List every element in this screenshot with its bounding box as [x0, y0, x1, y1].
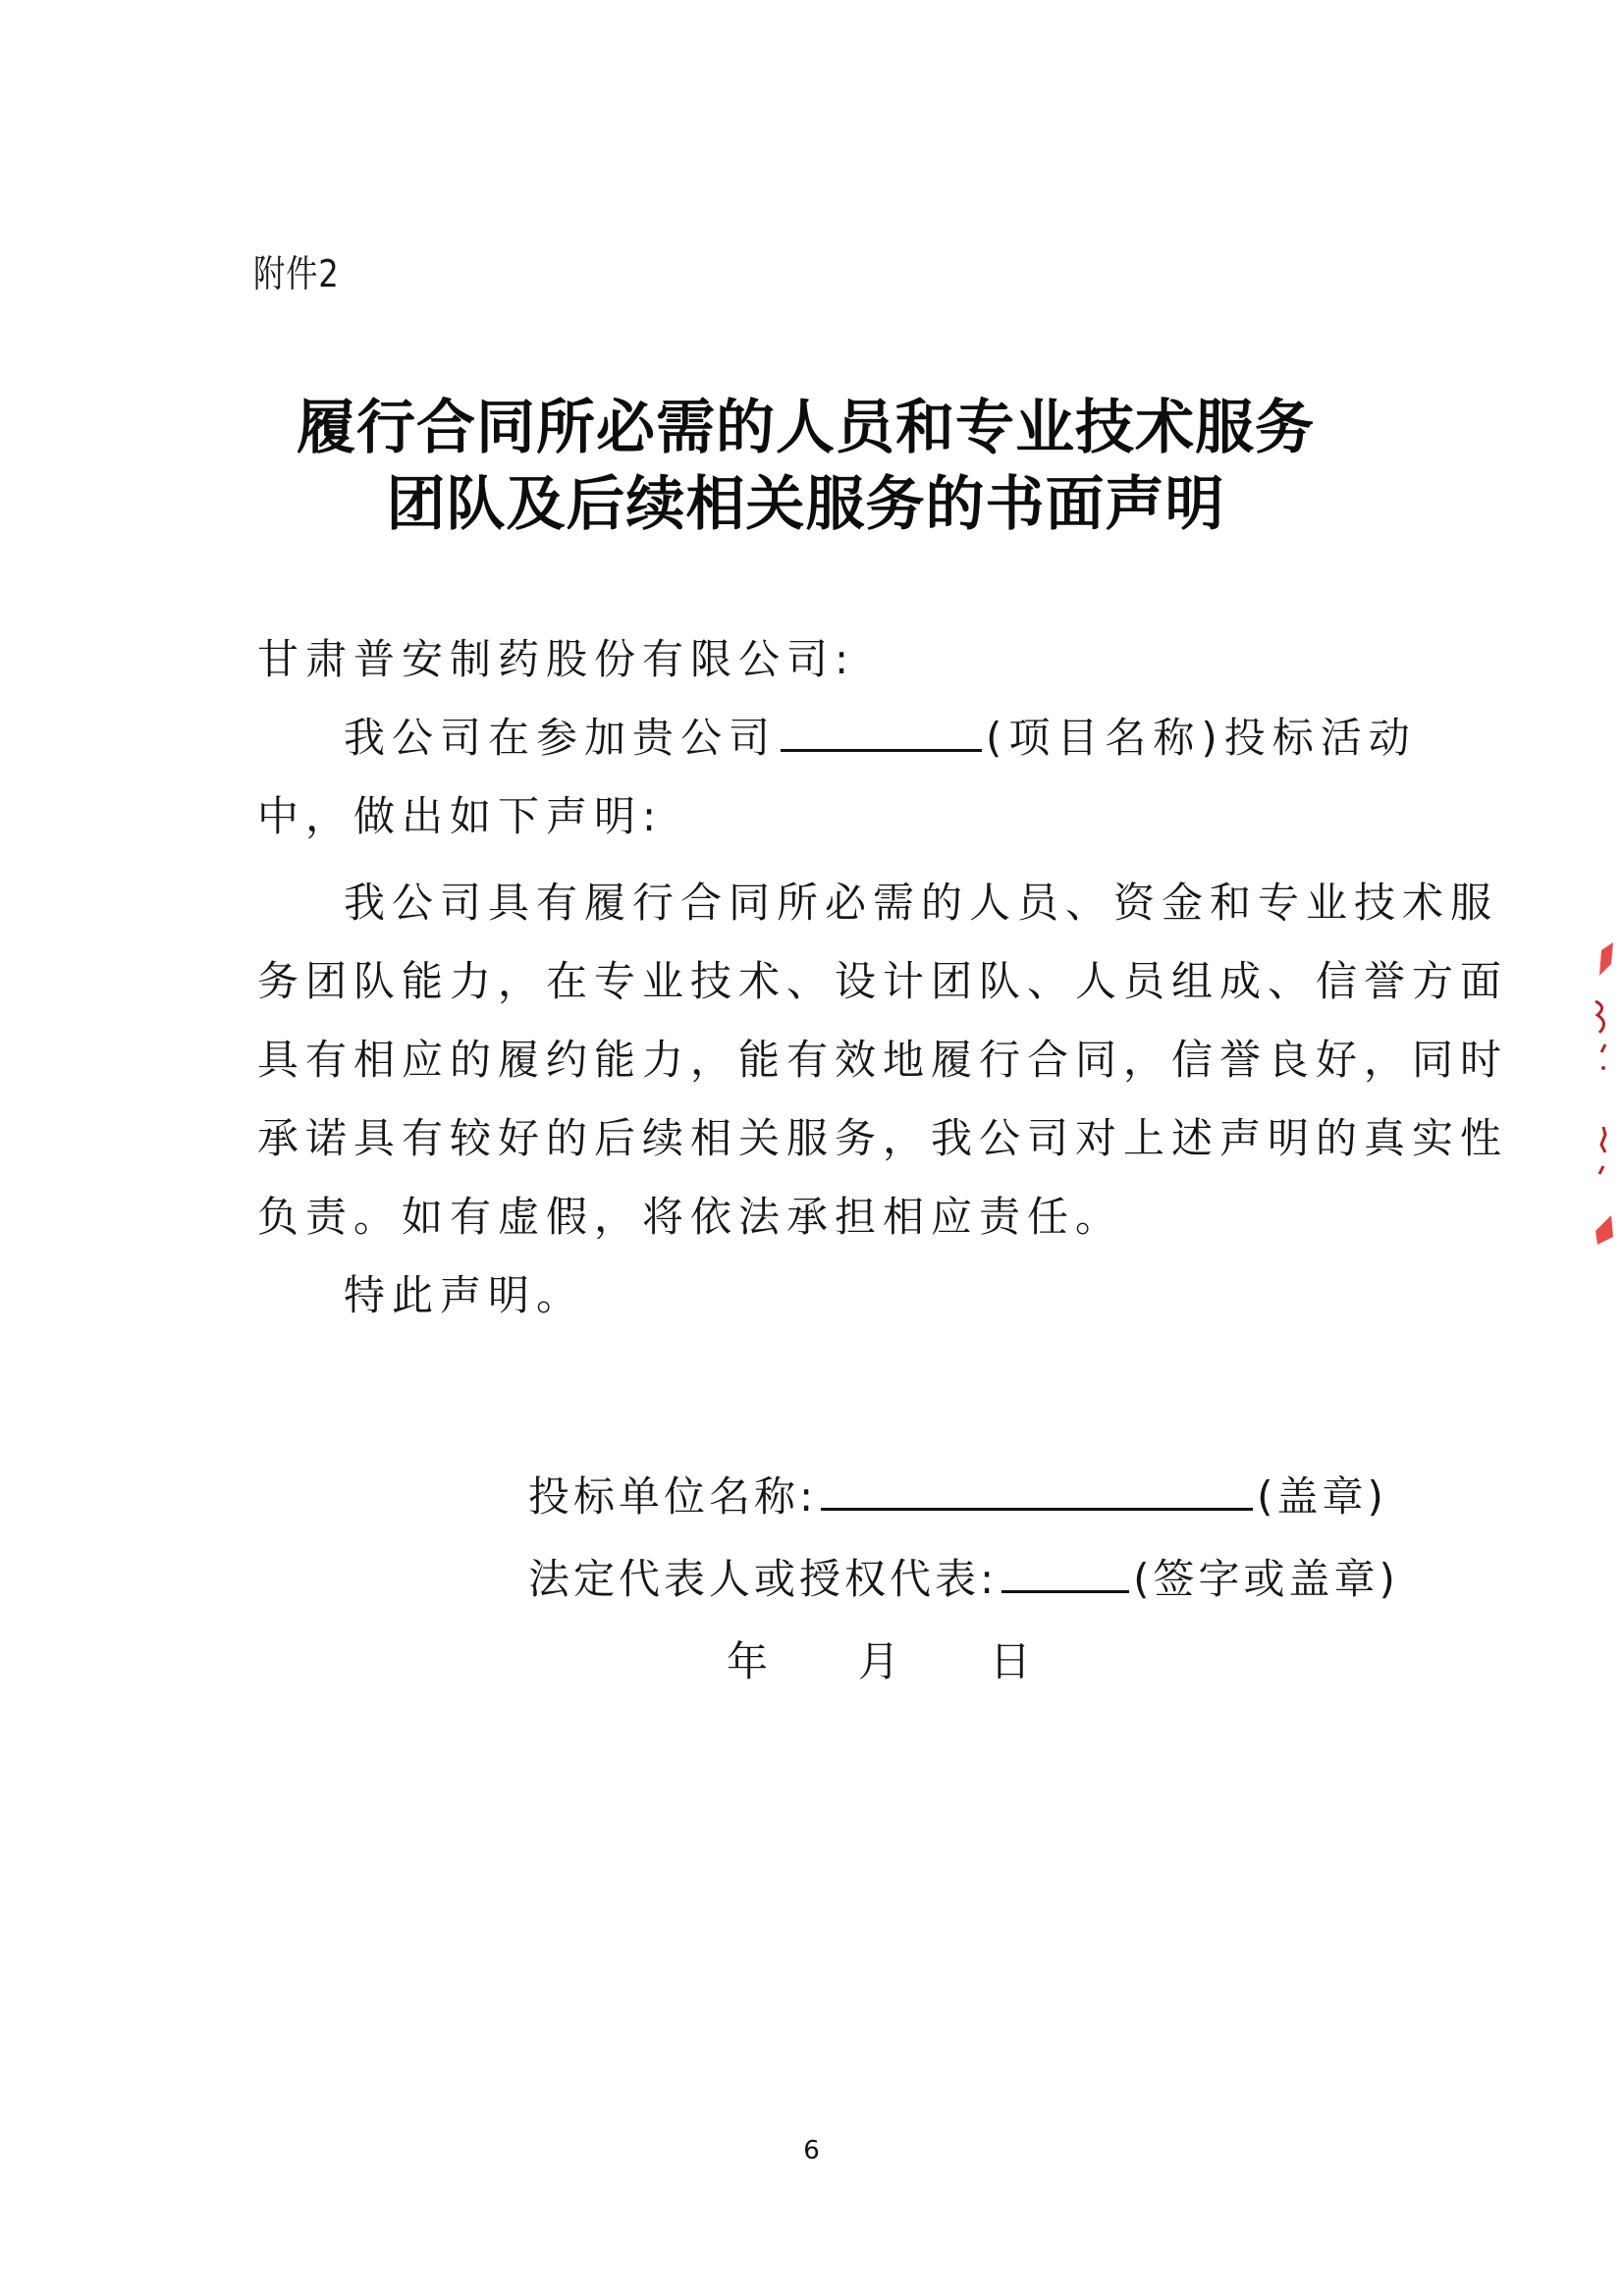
document-page: 附件2 履行合同所必需的人员和专业技术服务 团队及后续相关服务的书面声明 甘肃普… [0, 0, 1623, 2296]
representative-label: 法定代表人或授权代表: [528, 1555, 998, 1603]
intro-continuation: 中，做出如下声明: [257, 777, 663, 856]
statement-line-1: 我公司具有履行合同所必需的人员、资金和专业技术服 [257, 864, 1498, 942]
bidder-name-blank[interactable] [821, 1468, 1253, 1511]
statement-line-4: 承诺具有较好的后续相关服务，我公司对上述声明的真实性 [257, 1099, 1508, 1178]
representative-row: 法定代表人或授权代表:(签字或盖章) [528, 1547, 1399, 1606]
project-name-hint: (项目名称) [986, 714, 1224, 762]
statement-line-2: 务团队能力，在专业技术、设计团队、人员组成、信誉方面 [257, 942, 1508, 1021]
date-year: 年 [727, 1629, 768, 1688]
seal-hint: (盖章) [1257, 1472, 1387, 1521]
document-title-line-2: 团队及后续相关服务的书面声明 [0, 457, 1617, 542]
intro-line: 我公司在参加贵公司(项目名称)投标活动 [257, 699, 1417, 777]
project-name-blank[interactable] [781, 710, 982, 752]
addressee: 甘肃普安制药股份有限公司: [257, 620, 855, 699]
page-number: 6 [0, 2136, 1623, 2165]
date-day: 日 [990, 1629, 1031, 1688]
closing-statement: 特此声明。 [257, 1256, 584, 1335]
date-month: 月 [858, 1629, 899, 1688]
intro-suffix: 投标活动 [1224, 714, 1417, 762]
intro-prefix: 我公司在参加贵公司 [344, 714, 777, 762]
bidder-name-row: 投标单位名称:(盖章) [528, 1465, 1387, 1523]
statement-line-5: 负责。如有虚假，将依法承担相应责任。 [257, 1178, 1123, 1256]
signature-hint: (签字或盖章) [1133, 1555, 1399, 1603]
red-seal-fragment-icon [1586, 942, 1621, 1256]
attachment-label: 附件2 [253, 243, 340, 297]
statement-line-3: 具有相应的履约能力，能有效地履行合同，信誉良好，同时 [257, 1021, 1508, 1099]
representative-blank[interactable] [1001, 1551, 1129, 1593]
document-title-line-1: 履行合同所必需的人员和专业技术服务 [0, 381, 1617, 465]
bidder-name-label: 投标单位名称: [528, 1472, 817, 1521]
